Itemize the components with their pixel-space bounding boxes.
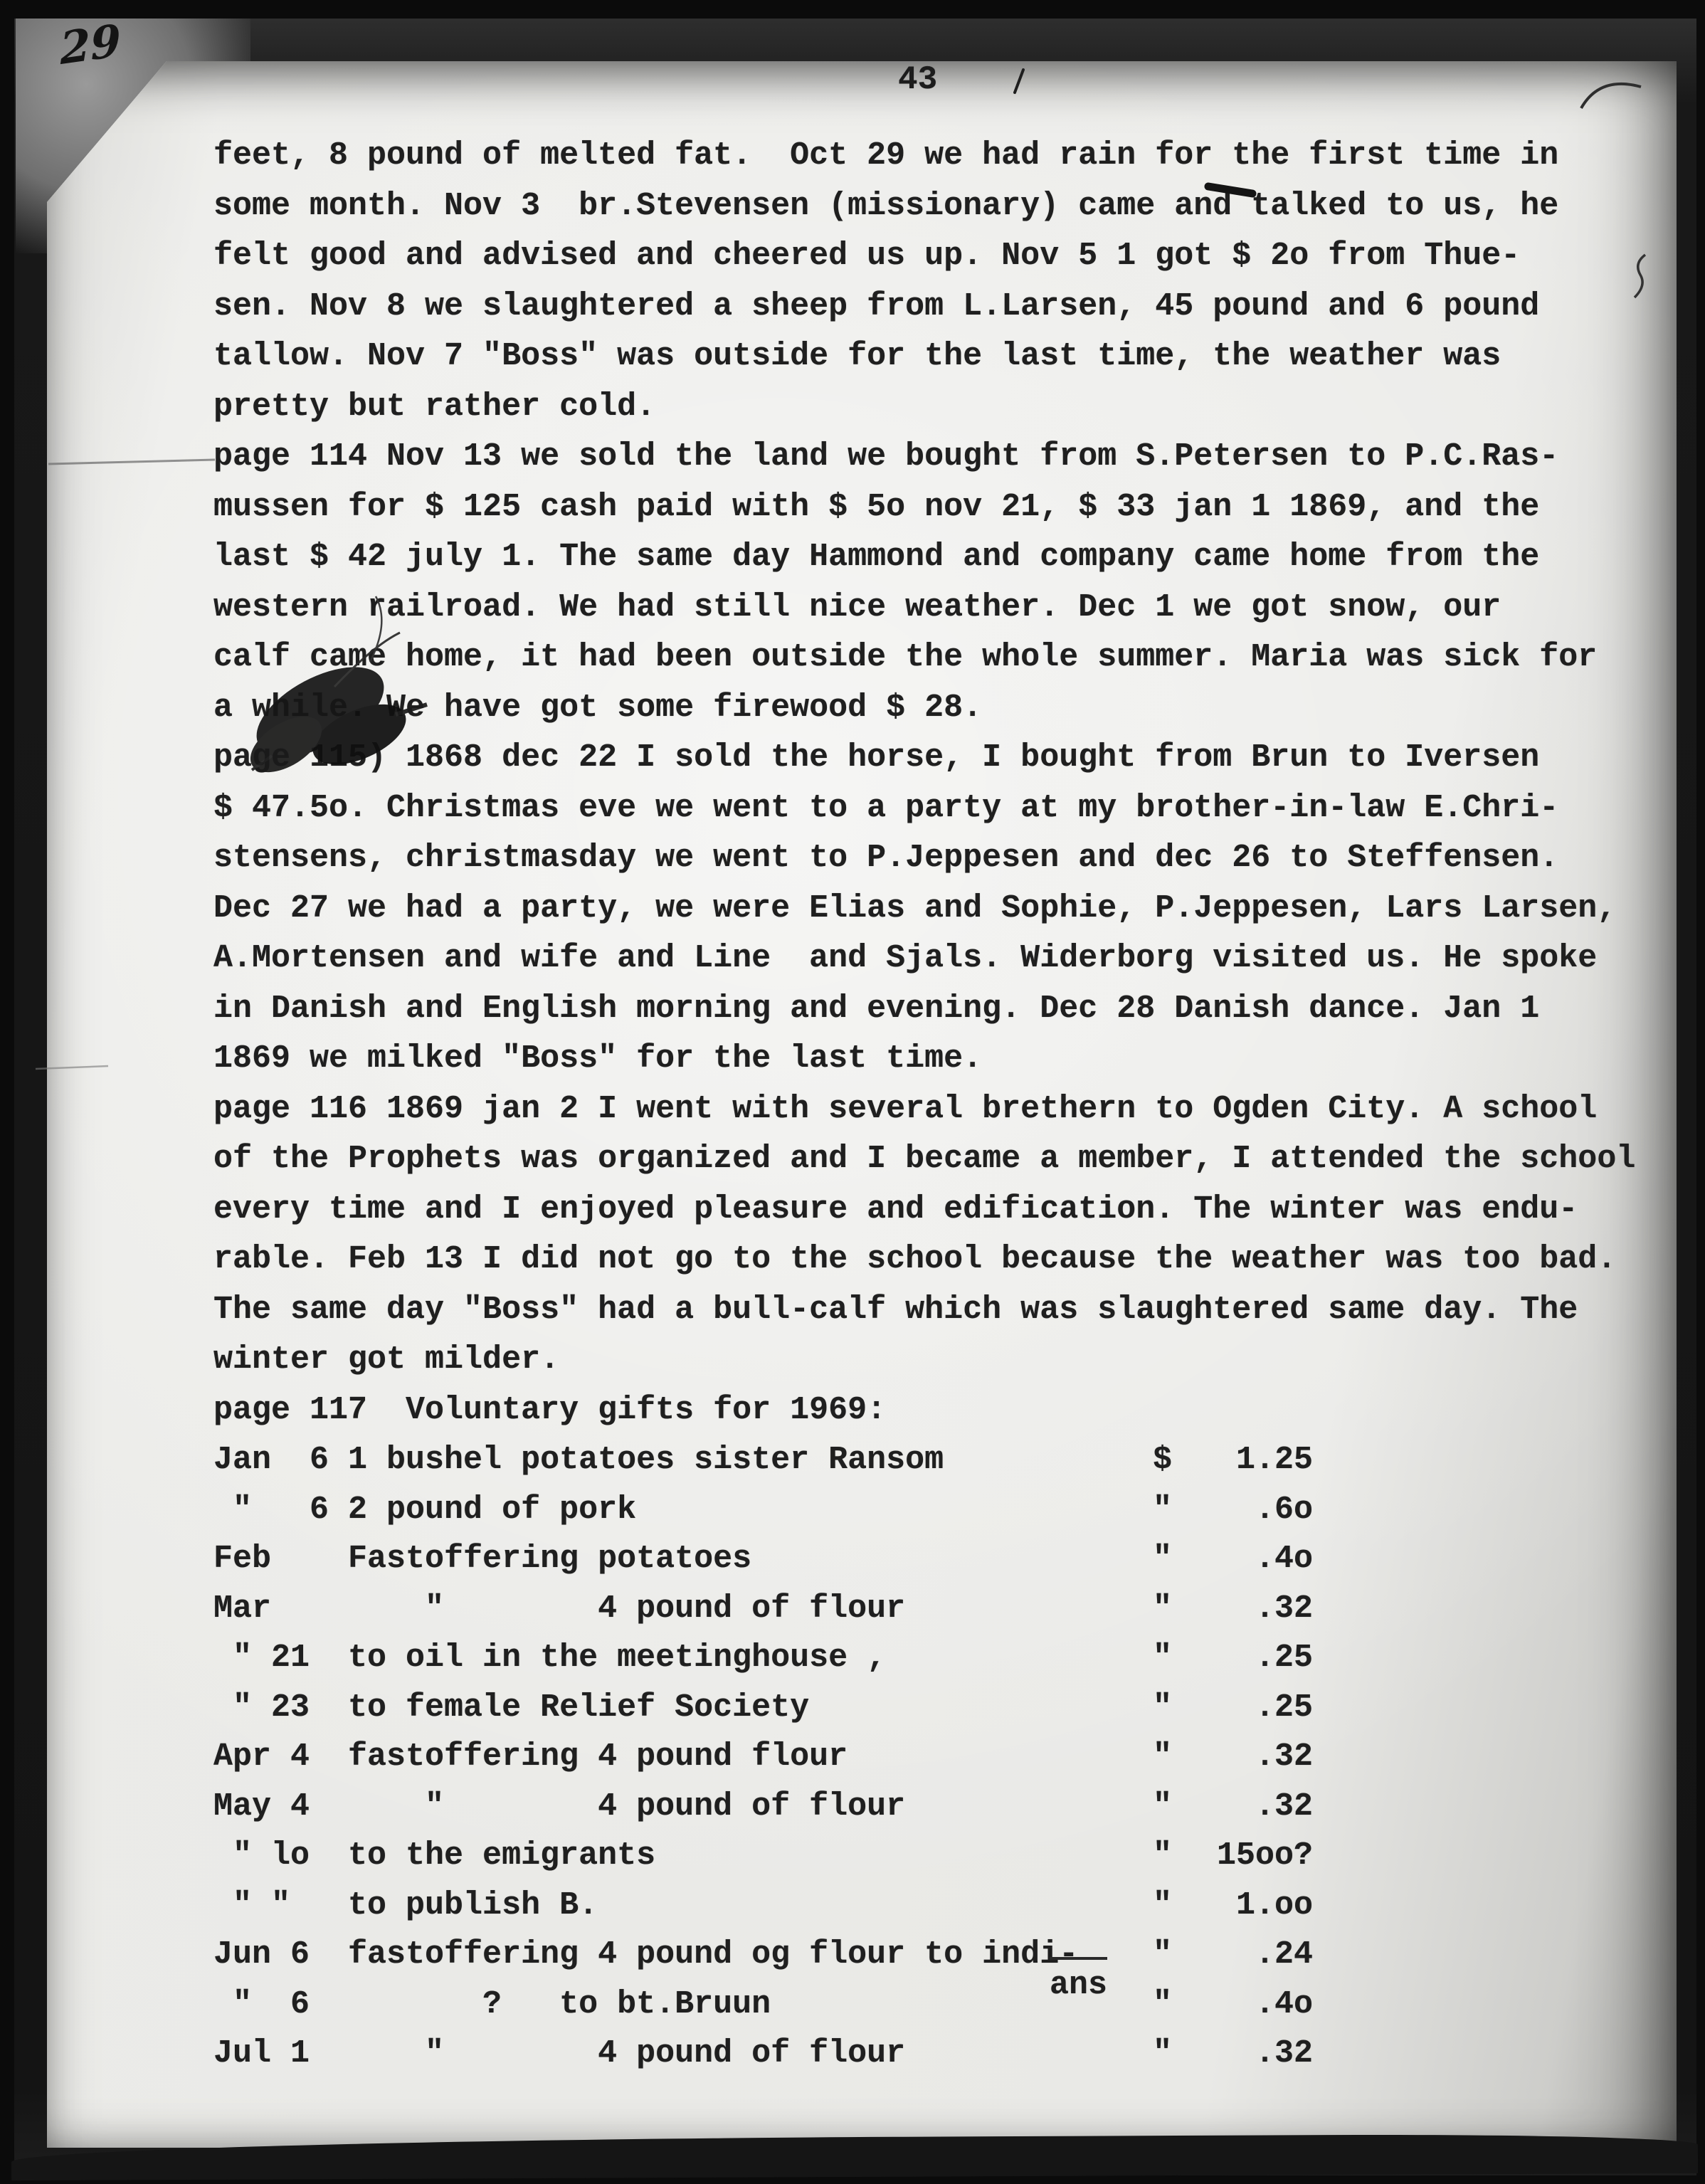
currency-mark: "	[1153, 1881, 1172, 1931]
gift-row: " 6 2 pound of pork".6o	[213, 1485, 1679, 1535]
gift-entry: Jan 6 1 bushel potatoes sister Ransom	[213, 1442, 944, 1478]
text-line: page 116 1869 jan 2 I went with several …	[213, 1085, 1679, 1135]
text-line: last $ 42 july 1. The same day Hammond a…	[213, 532, 1679, 583]
gift-amount: 15oo?	[1171, 1831, 1313, 1881]
text-line: felt good and advised and cheered us up.…	[213, 231, 1679, 282]
currency-mark: "	[1153, 1930, 1172, 1980]
gift-entry: Jul 1 " 4 pound of flour	[213, 2035, 905, 2072]
currency-mark: "	[1153, 1584, 1172, 1634]
currency-mark: $	[1153, 1435, 1172, 1485]
gift-entry: " 21 to oil in the meetinghouse ,	[213, 1640, 886, 1676]
gift-row: Jul 1 " 4 pound of flour".32	[213, 2029, 1679, 2079]
gifts-list: Jan 6 1 bushel potatoes sister Ransom$1.…	[213, 1435, 1679, 2079]
gift-entry: May 4 " 4 pound of flour	[213, 1788, 905, 1825]
text-line: tallow. Nov 7 "Boss" was outside for the…	[213, 332, 1679, 382]
text-line: feet, 8 pound of melted fat. Oct 29 we h…	[213, 131, 1679, 181]
gift-entry: " lo to the emigrants	[213, 1837, 655, 1874]
gift-row: Apr 4 fastoffering 4 pound flour".32	[213, 1732, 1679, 1782]
text-line: every time and I enjoyed pleasure and ed…	[213, 1185, 1679, 1235]
gift-amount: .25	[1171, 1683, 1313, 1733]
text-line: rable. Feb 13 I did not go to the school…	[213, 1235, 1679, 1285]
text-line: calf came home, it had been outside the …	[213, 633, 1679, 683]
gift-amount: .32	[1171, 1584, 1313, 1634]
gift-entry: " 6 2 pound of pork	[213, 1492, 636, 1528]
gift-amount: .32	[1171, 1782, 1313, 1832]
currency-mark: "	[1153, 1980, 1172, 2030]
text-line: $ 47.5o. Christmas eve we went to a part…	[213, 784, 1679, 834]
gift-row: " 6 ? to bt.Bruun".4o	[213, 1980, 1679, 2030]
gift-amount: .4o	[1171, 1980, 1313, 2030]
currency-mark: "	[1153, 1485, 1172, 1535]
gift-entry: " 23 to female Relief Society	[213, 1689, 809, 1726]
text-line: western railroad. We had still nice weat…	[213, 583, 1679, 633]
gift-row: Feb Fastoffering potatoes".4o	[213, 1534, 1679, 1584]
gift-entry: " " to publish B.	[213, 1887, 598, 1924]
text-line: in Danish and English morning and evenin…	[213, 984, 1679, 1035]
text-line: sen. Nov 8 we slaughtered a sheep from L…	[213, 282, 1679, 332]
gift-entry: Mar " 4 pound of flour	[213, 1590, 905, 1627]
text-line: page 115) 1868 dec 22 I sold the horse, …	[213, 733, 1679, 784]
text-line: stensens, christmasday we went to P.Jepp…	[213, 833, 1679, 884]
text-line: A.Mortensen and wife and Line and Sjals.…	[213, 934, 1679, 984]
page-number: 43	[898, 61, 937, 98]
text-line: Dec 27 we had a party, we were Elias and…	[213, 884, 1679, 934]
currency-mark: "	[1153, 2029, 1172, 2079]
gift-row: " 23 to female Relief Society".25	[213, 1683, 1679, 1733]
gift-row: Mar " 4 pound of flour".32	[213, 1584, 1679, 1634]
text-line: page 114 Nov 13 we sold the land we boug…	[213, 432, 1679, 482]
currency-mark: "	[1153, 1831, 1172, 1881]
gift-row: Jan 6 1 bushel potatoes sister Ransom$1.…	[213, 1435, 1679, 1485]
gift-row: " 21 to oil in the meetinghouse ,".25	[213, 1633, 1679, 1683]
text-line: a while. We have got some firewood $ 28.	[213, 683, 1679, 734]
gift-amount: .4o	[1171, 1534, 1313, 1584]
gift-amount: 1.25	[1171, 1435, 1313, 1485]
currency-mark: "	[1153, 1782, 1172, 1832]
text-line: page 117 Voluntary gifts for 1969:	[213, 1386, 1679, 1436]
gift-entry: " 6 ? to bt.Bruun	[213, 1986, 771, 2022]
currency-mark: "	[1153, 1732, 1172, 1782]
gift-amount: .32	[1171, 2029, 1313, 2079]
gift-amount: .32	[1171, 1732, 1313, 1782]
currency-mark: "	[1153, 1534, 1172, 1584]
gift-amount: 1.oo	[1171, 1881, 1313, 1931]
gift-amount: .25	[1171, 1633, 1313, 1683]
currency-mark: "	[1153, 1683, 1172, 1733]
gift-entry: Apr 4 fastoffering 4 pound flour	[213, 1739, 848, 1775]
gift-row: " " to publish B."1.oo	[213, 1881, 1679, 1931]
gift-row: May 4 " 4 pound of flour".32	[213, 1782, 1679, 1832]
gift-amount: .24	[1171, 1930, 1313, 1980]
gift-entry: Jun 6 fastoffering 4 pound og flour to i…	[213, 1936, 1078, 1973]
text-line: 1869 we milked "Boss" for the last time.	[213, 1034, 1679, 1085]
gift-amount: .6o	[1171, 1485, 1313, 1535]
gift-entry: Feb Fastoffering potatoes	[213, 1541, 751, 1577]
scanned-document-page: 29 43 feet, 8 pound of melted fat. Oct 2…	[0, 0, 1705, 2184]
text-line: mussen for $ 125 cash paid with $ 5o nov…	[213, 482, 1679, 533]
text-line: The same day "Boss" had a bull-calf whic…	[213, 1285, 1679, 1336]
gift-row: Jun 6 fastoffering 4 pound og flour to i…	[213, 1930, 1679, 1980]
text-line: of the Prophets was organized and I beca…	[213, 1134, 1679, 1185]
handwritten-film-number: 29	[59, 14, 122, 75]
currency-mark: "	[1153, 1633, 1172, 1683]
text-line: pretty but rather cold.	[213, 382, 1679, 433]
text-line: winter got milder.	[213, 1335, 1679, 1386]
typewritten-text: feet, 8 pound of melted fat. Oct 29 we h…	[213, 131, 1679, 1435]
text-line: some month. Nov 3 br.Stevensen (missiona…	[213, 181, 1679, 232]
gift-row: " lo to the emigrants"15oo?	[213, 1831, 1679, 1881]
